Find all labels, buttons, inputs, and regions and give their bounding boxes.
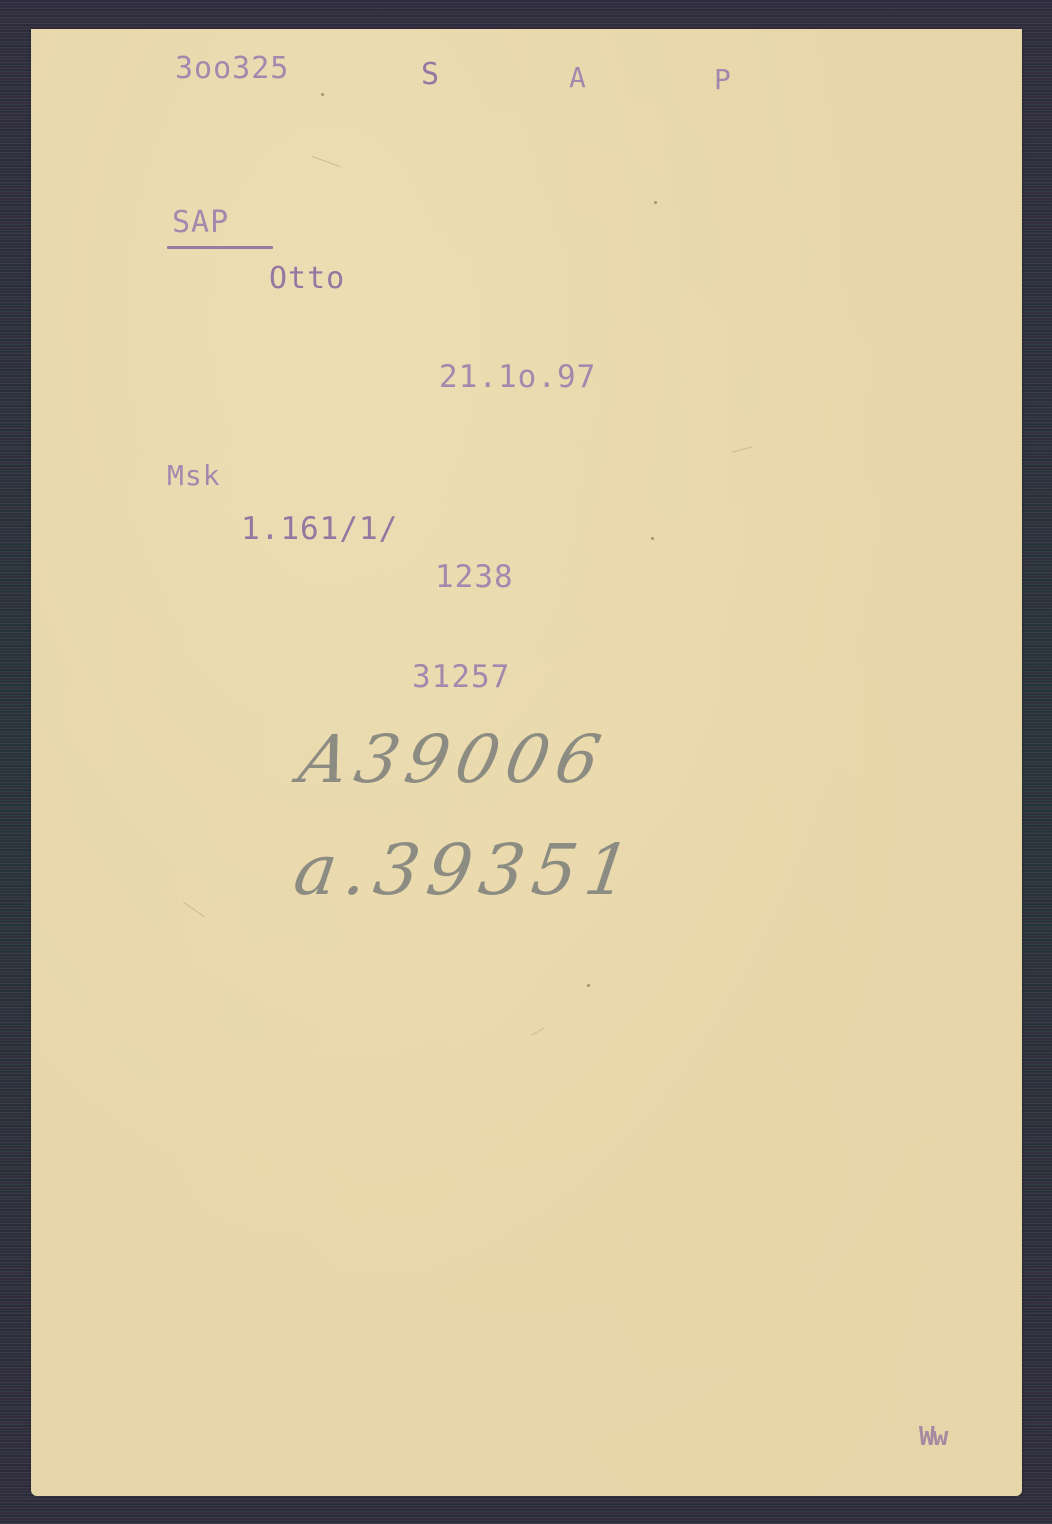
- paper-fiber: [312, 156, 341, 167]
- paper-speck: [321, 93, 324, 96]
- paper-speck: [654, 201, 657, 204]
- reference-1: 1.161/1/: [241, 511, 398, 547]
- reference-3: 31257: [412, 659, 510, 695]
- given-name: Otto: [269, 261, 345, 296]
- paper-fiber: [532, 1028, 545, 1036]
- handwritten-line-2: a.39351: [289, 829, 643, 911]
- paper-speck: [587, 984, 590, 987]
- initials-stamp: Ww: [919, 1422, 946, 1452]
- surname-underline: [167, 246, 273, 249]
- location: Msk: [167, 459, 221, 492]
- paper-speck: [651, 537, 654, 540]
- header-letter-p: P: [714, 63, 732, 96]
- handwritten-line-1: A39006: [293, 721, 615, 798]
- reference-2: 1238: [435, 559, 514, 595]
- card-number: 3oo325: [175, 51, 289, 86]
- index-card: 3oo325 S A P SAP Otto 21.1o.97 Msk 1.161…: [31, 29, 1022, 1496]
- header-letter-a: A: [569, 61, 587, 94]
- header-letter-s: S: [421, 57, 440, 92]
- birth-date: 21.1o.97: [439, 359, 596, 395]
- paper-fiber: [183, 902, 205, 918]
- paper-fiber: [731, 446, 753, 453]
- surname: SAP: [172, 205, 229, 240]
